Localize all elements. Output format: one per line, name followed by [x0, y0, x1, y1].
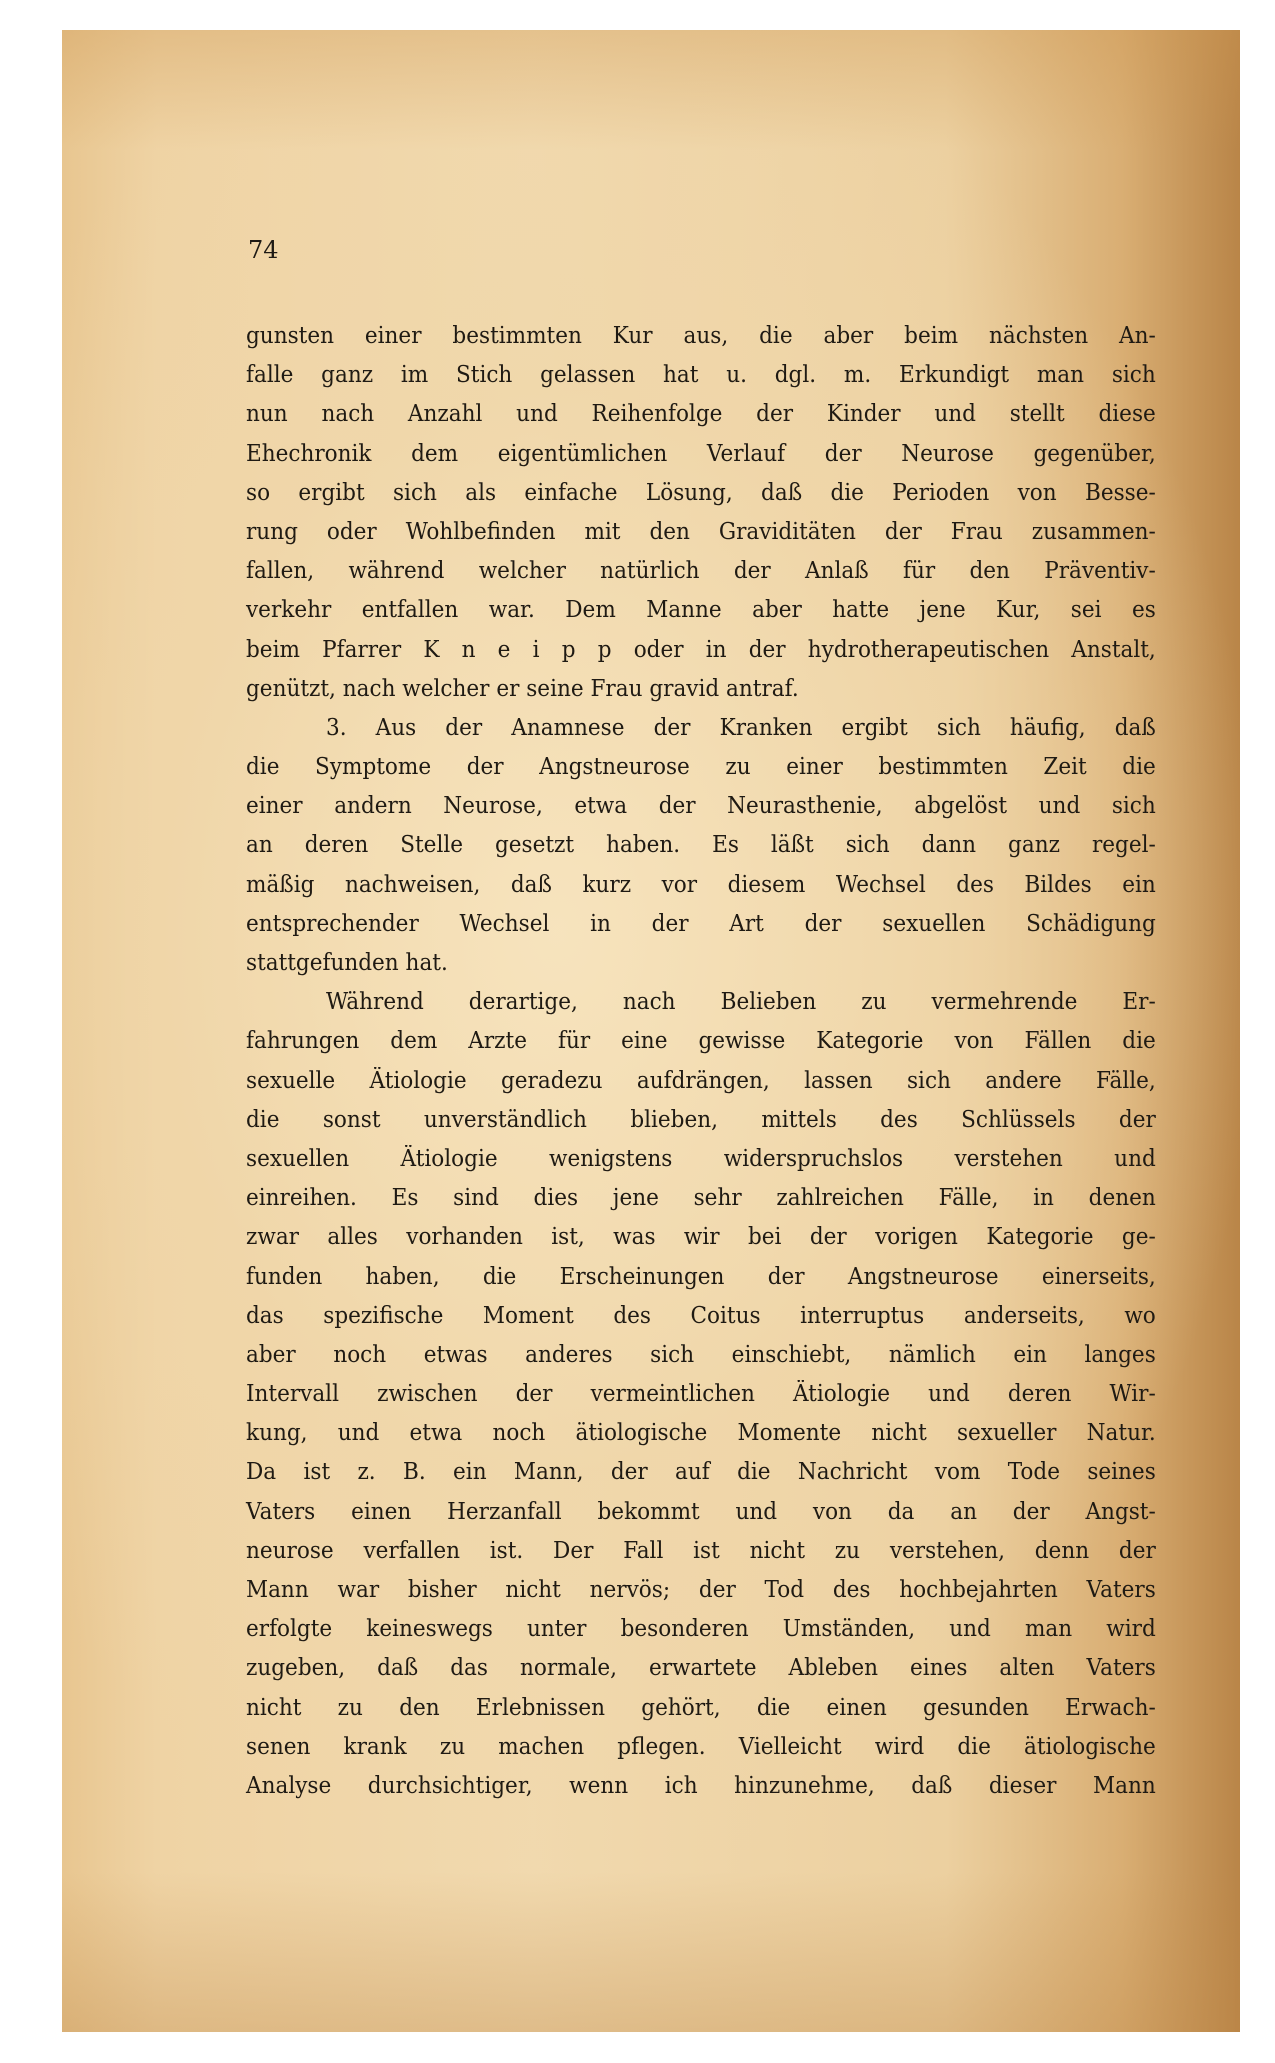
text-line: falle ganz im Stich gelassen hat u. dgl.… — [246, 355, 1156, 394]
text-line: einreihen. Es sind dies jene sehr zahlre… — [246, 1178, 1156, 1217]
paragraph-first-line: Während derartige, nach Belieben zu verm… — [246, 982, 1156, 1021]
text-line: aber noch etwas anderes sich einschiebt,… — [246, 1335, 1156, 1374]
text-line: stattgefunden hat. — [246, 943, 1156, 982]
text-line: senen krank zu machen pflegen. Vielleich… — [246, 1727, 1156, 1766]
text-line: zugeben, daß das normale, erwartete Able… — [246, 1648, 1156, 1687]
text-line: entsprechender Wechsel in der Art der se… — [246, 904, 1156, 943]
text-line: Intervall zwischen der vermeintlichen Ät… — [246, 1374, 1156, 1413]
text-line: neurose verfallen ist. Der Fall ist nich… — [246, 1531, 1156, 1570]
text-line: beim Pfarrer K n e i p p oder in der hyd… — [246, 630, 1156, 669]
text-line: nicht zu den Erlebnissen gehört, die ein… — [246, 1688, 1156, 1727]
text-line: sexuellen Ätiologie wenigstens widerspru… — [246, 1139, 1156, 1178]
paragraph-first-line: 3. Aus der Anamnese der Kranken ergibt s… — [246, 708, 1156, 747]
page-number: 74 — [248, 236, 279, 264]
book-page: 74 gunsten einer bestimmten Kur aus, die… — [62, 30, 1240, 2032]
text-line: Ehechronik dem eigentümlichen Verlauf de… — [246, 434, 1156, 473]
text-line: erfolgte keineswegs unter besonderen Ums… — [246, 1609, 1156, 1648]
text-line: zwar alles vorhanden ist, was wir bei de… — [246, 1217, 1156, 1256]
text-line: einer andern Neurose, etwa der Neurasthe… — [246, 786, 1156, 825]
text-line: das spezifische Moment des Coitus interr… — [246, 1296, 1156, 1335]
text-line: nun nach Anzahl und Reihenfolge der Kind… — [246, 394, 1156, 433]
text-line: Da ist z. B. ein Mann, der auf die Nachr… — [246, 1452, 1156, 1491]
text-line: mäßig nachweisen, daß kurz vor diesem We… — [246, 865, 1156, 904]
text-line: so ergibt sich als einfache Lösung, daß … — [246, 473, 1156, 512]
text-line: verkehr entfallen war. Dem Manne aber ha… — [246, 590, 1156, 629]
text-line: fallen, während welcher natürlich der An… — [246, 551, 1156, 590]
text-line: an deren Stelle gesetzt haben. Es läßt s… — [246, 825, 1156, 864]
text-line: rung oder Wohlbefinden mit den Graviditä… — [246, 512, 1156, 551]
body-text: gunsten einer bestimmten Kur aus, die ab… — [246, 316, 1156, 1805]
text-line: fahrungen dem Arzte für eine gewisse Kat… — [246, 1021, 1156, 1060]
text-line: genützt, nach welcher er seine Frau grav… — [246, 669, 1156, 708]
text-line: die sonst unverständlich blieben, mittel… — [246, 1100, 1156, 1139]
text-line: Analyse durchsichtiger, wenn ich hinzune… — [246, 1766, 1156, 1805]
text-line: die Symptome der Angstneurose zu einer b… — [246, 747, 1156, 786]
text-line: Vaters einen Herzanfall bekommt und von … — [246, 1492, 1156, 1531]
text-line: sexuelle Ätiologie geradezu aufdrängen, … — [246, 1061, 1156, 1100]
text-line: kung, und etwa noch ätiologische Momente… — [246, 1413, 1156, 1452]
text-line: Mann war bisher nicht nervös; der Tod de… — [246, 1570, 1156, 1609]
text-line: gunsten einer bestimmten Kur aus, die ab… — [246, 316, 1156, 355]
text-line: funden haben, die Erscheinungen der Angs… — [246, 1257, 1156, 1296]
